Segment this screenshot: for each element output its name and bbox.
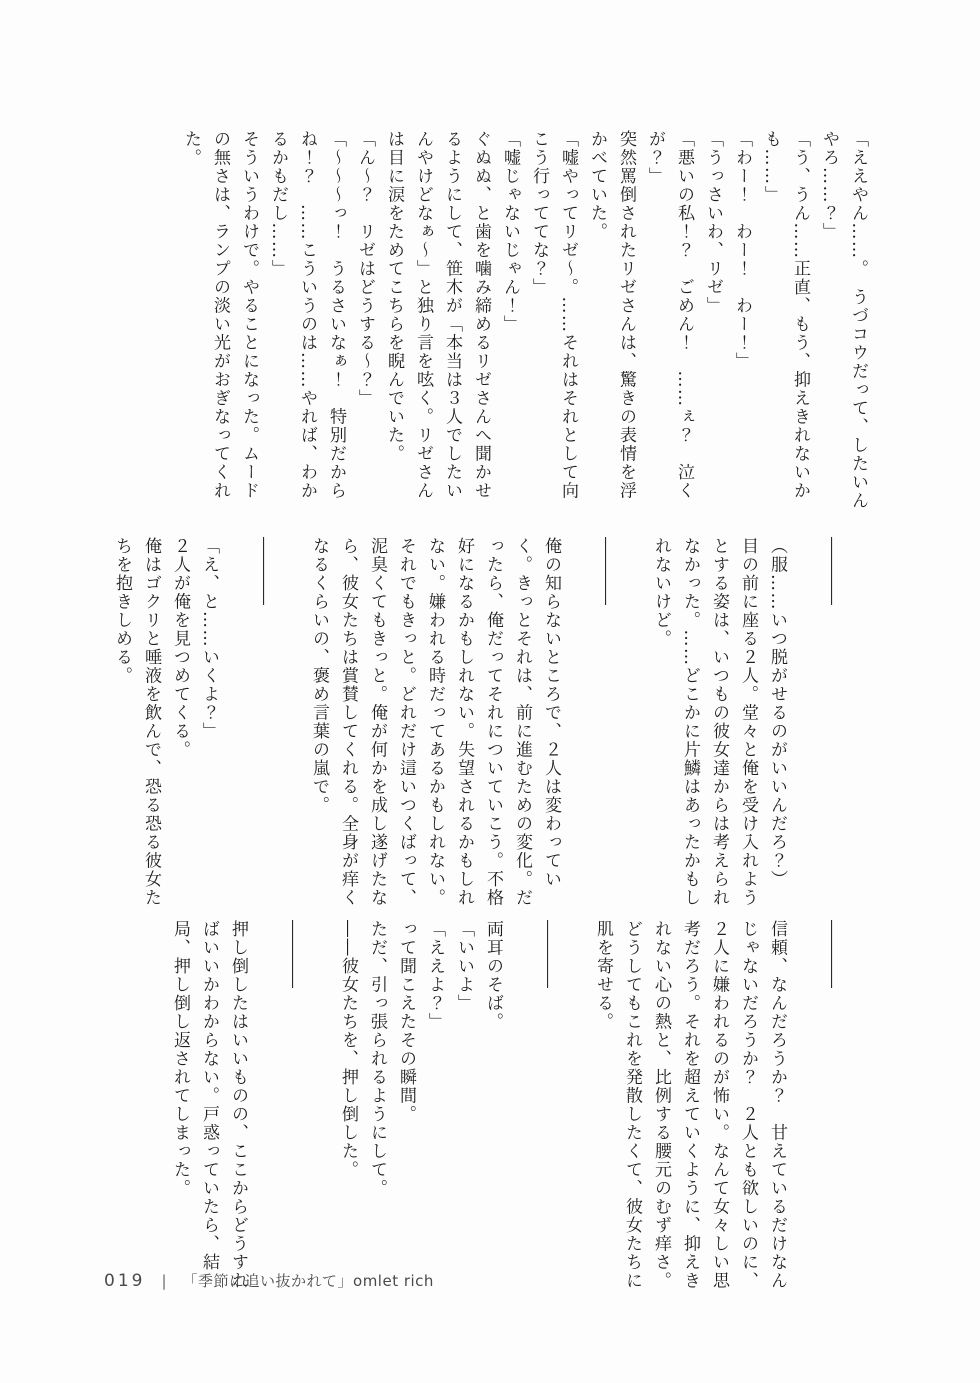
paragraph: 両耳のそば。 xyxy=(478,920,507,1300)
paragraph: 「ええやん……。 うづコウだって、したいんやろ……？」 xyxy=(814,130,872,510)
section-divider: ―――― xyxy=(533,920,562,1300)
section-divider: ―――― xyxy=(817,537,846,917)
paragraph: 「悪いの私！？ ごめん！ ……ぇ？ 泣くが？」 xyxy=(640,130,698,510)
paragraph: 目の前に座る２人。堂々と俺を受け入れようとする姿は、いつもの彼女達からは考えられ… xyxy=(646,537,762,917)
section-divider: ―――― xyxy=(278,920,307,1300)
paragraph: 俺の知らないところで、２人は変わっていく。きっとそれは、前に進むための変化。だっ… xyxy=(304,537,565,917)
text-band-3: ――――信頼、なんだろうか？ 甘えているだけなんじゃないだろうか？ ２人とも欲し… xyxy=(165,920,872,1300)
section-divider: ―――― xyxy=(591,537,620,917)
paragraph: 「ええよ？」 xyxy=(420,920,449,1300)
paragraph: 「うっさいわ、リゼ」 xyxy=(698,130,727,510)
paragraph: 突然罵倒されたリゼさんは、驚きの表情を浮かべていた。 xyxy=(582,130,640,510)
text-band-1: 「ええやん……。 うづコウだって、したいんやろ……？」「う、うん……正直、もう、… xyxy=(176,130,872,510)
text-band-2: ――――（服……いつ脱がせるのがいいんだろ？）目の前に座る２人。堂々と俺を受け入… xyxy=(107,537,872,917)
paragraph: 「嘘じゃないじゃん！」 xyxy=(495,130,524,510)
book-page: 「ええやん……。 うづコウだって、したいんやろ……？」「う、うん……正直、もう、… xyxy=(0,0,980,1383)
page-number: 019 xyxy=(104,1271,145,1291)
paragraph: 「嘘やってリゼ～。……それはそれとして向こう行っててな？」 xyxy=(524,130,582,510)
paragraph: ただ、引っ張られるようにして。 xyxy=(362,920,391,1300)
story-title-credit: 「季節に追い抜かれて」omlet rich xyxy=(183,1270,434,1291)
paragraph: 「え、と……いくよ？」 xyxy=(194,537,223,917)
paragraph: ２人が俺を見つめてくる。 xyxy=(165,537,194,917)
section-divider: ―――― xyxy=(817,920,846,1300)
paragraph: 「う、うん……正直、もう、抑えきれないかも……」 xyxy=(756,130,814,510)
paragraph: ――彼女たちを、押し倒した。 xyxy=(333,920,362,1300)
paragraph: 「いいよ」 xyxy=(449,920,478,1300)
paragraph: 「～～～っ！ うるさいなぁ！ 特別だからね！？ ……こういうのは……やれば、わか… xyxy=(263,130,350,510)
paragraph: ぐぬぬ、と歯を噛み締めるリゼさんへ聞かせるようにして、笹木が「本当は３人でしたい… xyxy=(379,130,495,510)
paragraph: 「ん～？ リゼはどうする～？」 xyxy=(350,130,379,510)
paragraph: 俺はゴクリと唾液を飲んで、恐る恐る彼女たちを抱きしめる。 xyxy=(107,537,165,917)
paragraph: 「わー！ わー！ わー！」 xyxy=(727,130,756,510)
paragraph: （服……いつ脱がせるのがいいんだろ？） xyxy=(762,537,791,917)
paragraph: 信頼、なんだろうか？ 甘えているだけなんじゃないだろうか？ ２人とも欲しいのに、… xyxy=(588,920,791,1300)
footer-separator: | xyxy=(161,1272,166,1290)
page-footer: 019 | 「季節に追い抜かれて」omlet rich xyxy=(104,1270,434,1291)
section-divider: ―――― xyxy=(249,537,278,917)
paragraph: って聞こえたその瞬間。 xyxy=(391,920,420,1300)
paragraph: 押し倒したはいいものの、ここからどうすればいいかわからない。戸惑っていたら、結局… xyxy=(165,920,252,1300)
paragraph: そういうわけで。やることになった。ムードの無さは、ランプの淡い光がおぎなってくれ… xyxy=(176,130,263,510)
